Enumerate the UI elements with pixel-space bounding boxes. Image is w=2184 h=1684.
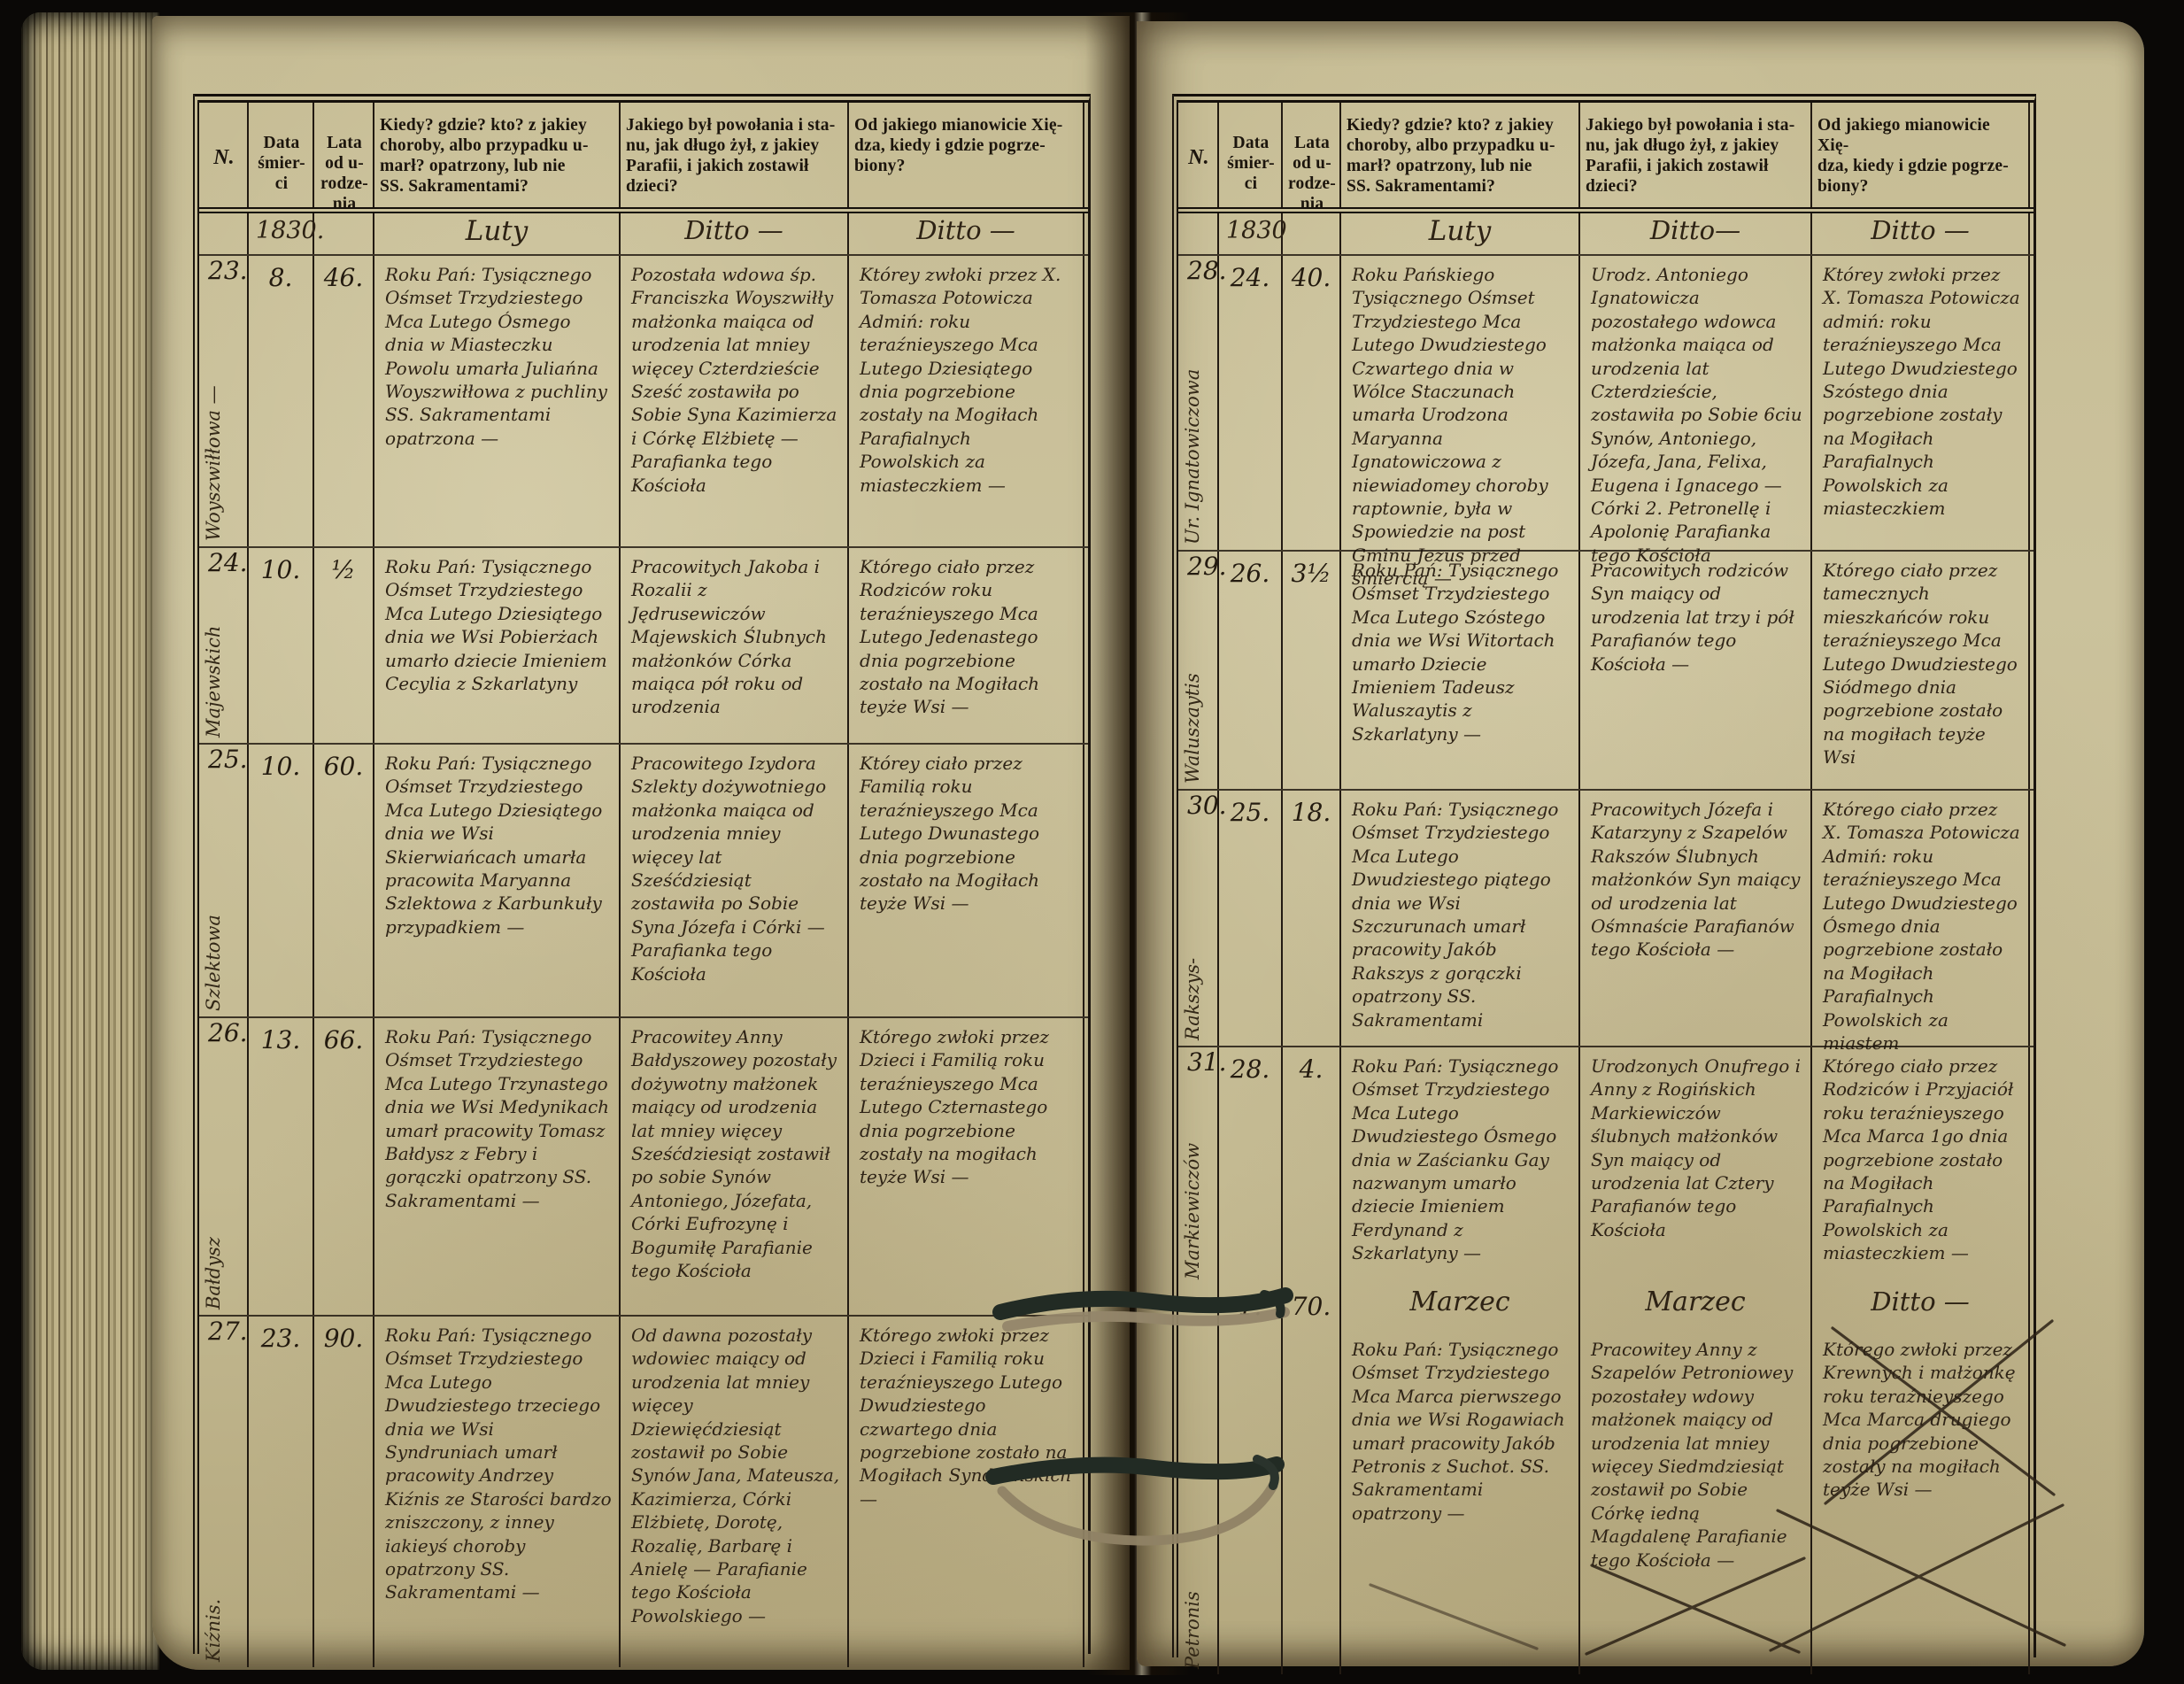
entry-circumstances-text: Roku Pań: Tysiącznego Ośmset Trzydzieste… [374,745,621,1016]
age-years: 18. [1283,791,1341,1046]
margin-surname: Kiźnis. [203,1364,224,1662]
entry-family-text: Pracowitey Anny z Szapelów Petroniowey p… [1580,1331,1812,1674]
entry-burial-text: Którego ciało przez X. Tomasza Potowicza… [1812,791,2030,1046]
entry-burial-text: Którego zwłoki przez Krewnych i małżonkę… [1812,1331,2030,1674]
entry-family-text: Pracowitych rodziców Syn maiący od urodz… [1580,552,1812,789]
margin-surname: Woyszwiłłowa — [203,304,224,541]
entry-burial-text: Którego ciało przez Rodziców i Przyjació… [1812,1047,2030,1285]
year-label: 1830. [249,213,314,254]
table-row: 25. Szlektowa 10. 60. Roku Pań: Tysiączn… [199,743,1088,1016]
age-years: 40. [1283,256,1341,550]
column-header-family: Jakiego był powołania i sta- nu, jak dłu… [621,103,849,207]
entry-number-cell: 28. Ur. Ignatowiczowa [1178,256,1219,550]
month-label: Marzec [1341,1285,1580,1331]
register-table-left: N. Data śmier- ci Lata od u- rodze- nia … [193,94,1091,1654]
month-label: Luty [374,213,621,254]
death-date: 25. [1219,791,1283,1046]
death-date: 26. [1219,552,1283,789]
entry-family-text: Pracowitey Anny Bałdyszowey pozostały do… [621,1018,849,1315]
entry-burial-text: Którego ciało przez tamecznych mieszkańc… [1812,552,2030,789]
age-years: 4. [1283,1047,1341,1285]
margin-surname: Bałdysz [203,1066,224,1309]
column-header-age: Lata od u- rodze- nia [1283,103,1341,207]
spacer-cell [1283,213,1341,254]
entry-burial-text: Którego ciało przez Rodziców roku teraźn… [849,548,1084,743]
entry-number: 23. [199,251,248,285]
month-label: Luty [1341,213,1580,254]
death-date: 8. [249,256,314,546]
spacer-cell [1178,213,1219,254]
column-header-circumstances: Kiedy? gdzie? kto? z jakiey choroby, alb… [1341,103,1580,207]
column-header-circumstances: Kiedy? gdzie? kto? z jakiey choroby, alb… [374,103,621,207]
table-row: Petronis Roku Pań: Tysiącznego Ośmset Tr… [1178,1331,2034,1674]
month-subheader-row: 1830 Luty Ditto— Ditto — [1178,207,2034,254]
entry-circumstances-text: Roku Pań: Tysiącznego Ośmset Trzydzieste… [1341,1331,1580,1674]
margin-surname: Rakszys- [1182,838,1203,1040]
entry-number-cell: 27. Kiźnis. [199,1317,249,1667]
ditto-label: Ditto — [1812,1285,2030,1331]
register-table-right: N. Data śmier- ci Lata od u- rodze- nia … [1172,94,2036,1657]
entry-number: 24. [199,543,248,577]
death-date: 10. [249,548,314,743]
entry-family-text: Urodzonych Onufrego i Anny z Rogińskich … [1580,1047,1812,1285]
death-date: 24. [1219,256,1283,550]
age-years: 70. [1283,1285,1341,1331]
entry-family-text: Pozostała wdowa śp. Franciszka Woyszwiłł… [621,256,849,546]
entry-number-cell: 24. Majewskich [199,548,249,743]
entry-circumstances-text: Roku Pańskiego Tysiącznego Ośmset Trzydz… [1341,256,1580,550]
age-years [1283,1331,1341,1674]
table-row: 30. Rakszys- 25. 18. Roku Pań: Tysiączne… [1178,789,2034,1046]
column-header-burial: Od jakiego mianowicie Xię- dza, kiedy i … [849,103,1084,207]
age-years: 66. [314,1018,374,1315]
ditto-label: Ditto — [849,213,1084,254]
entry-number-cell: 31. Markiewiczów [1178,1047,1219,1285]
death-date: 28. [1219,1047,1283,1285]
death-date: 23. [249,1317,314,1667]
last-entry: Petronis Roku Pań: Tysiącznego Ośmset Tr… [1178,1331,2034,1674]
month-label: Marzec [1580,1285,1812,1331]
table-row: 28. Ur. Ignatowiczowa 24. 40. Roku Pańsk… [1178,254,2034,550]
book-scan: N. Data śmier- ci Lata od u- rodze- nia … [0,0,2184,1684]
age-years: 60. [314,745,374,1016]
ditto-label: Ditto — [1812,213,2030,254]
entry-burial-text: Którego zwłoki przez Dzieci i Familią ro… [849,1018,1084,1315]
year-label: 1830 [1219,213,1283,254]
entry-circumstances-text: Roku Pań: Tysiącznego Ośmset Trzydzieste… [1341,552,1580,789]
ditto-label: Ditto — [621,213,849,254]
table-row: 23. Woyszwiłłowa — 8. 46. Roku Pań: Tysi… [199,254,1088,546]
death-date: 10. [249,745,314,1016]
entry-number [1178,1325,1187,1360]
entry-family-text: Pracowitych Józefa i Katarzyny z Szapeló… [1580,791,1812,1046]
entry-circumstances-text: Roku Pań: Tysiącznego Ośmset Trzydzieste… [374,548,621,743]
column-header-death-date: Data śmier- ci [249,103,314,207]
entry-circumstances-text: Roku Pań: Tysiącznego Ośmset Trzydzieste… [1341,791,1580,1046]
page-stack-edge [21,12,159,1670]
entry-circumstances-text: Roku Pań: Tysiącznego Ośmset Trzydzieste… [374,1317,621,1667]
right-entries: 28. Ur. Ignatowiczowa 24. 40. Roku Pańsk… [1178,254,2034,1285]
entry-family-text: Od dawna pozostały wdowiec maiący od uro… [621,1317,849,1667]
entry-number: 26. [199,1013,248,1047]
table-row: 24. Majewskich 10. ½ Roku Pań: Tysiączne… [199,546,1088,743]
entry-number: 27. [199,1311,248,1346]
entry-number-cell: 30. Rakszys- [1178,791,1219,1046]
right-page: 40. N. Data śmier- ci Lata od u- rodze- … [1137,21,2144,1666]
entry-circumstances-text: Roku Pań: Tysiącznego Ośmset Trzydzieste… [374,256,621,546]
entry-burial-text: Którey zwłoki przez X. Tomasza Potowicza… [849,256,1084,546]
column-header-death-date: Data śmier- ci [1219,103,1283,207]
entry-burial-text: Którego zwłoki przez Dzieci i Familią ro… [849,1317,1084,1667]
entry-family-text: Urodz. Antoniego Ignatowicza pozostałego… [1580,256,1812,550]
margin-surname: Ur. Ignatowiczowa [1182,304,1203,545]
entry-number-cell: 23. Woyszwiłłowa — [199,256,249,546]
spacer-cell [199,213,249,254]
age-years: ½ [314,548,374,743]
age-years: 46. [314,256,374,546]
ditto-label: Ditto— [1580,213,1812,254]
column-header-family: Jakiego był powołania i sta- nu, jak dłu… [1580,103,1812,207]
left-entries: 23. Woyszwiłłowa — 8. 46. Roku Pań: Tysi… [199,254,1088,1667]
table-row: 26. Bałdysz 13. 66. Roku Pań: Tysiączneg… [199,1016,1088,1315]
left-page: N. Data śmier- ci Lata od u- rodze- nia … [152,16,1130,1670]
death-date [1219,1331,1283,1674]
entry-circumstances-text: Roku Pań: Tysiącznego Ośmset Trzydzieste… [1341,1047,1580,1285]
column-header-age: Lata od u- rodze- nia [314,103,374,207]
margin-surname: Markiewiczów [1182,1095,1203,1279]
entry-number-cell: 25. Szlektowa [199,745,249,1016]
margin-surname: Szlektowa [203,792,224,1011]
marzec-subheader-row: 1. 70. Marzec Marzec Ditto — [1178,1285,2034,1331]
header-row: N. Data śmier- ci Lata od u- rodze- nia … [199,103,1088,207]
death-date: 1. [1219,1285,1283,1331]
column-header-n: N. [1178,103,1219,207]
entry-number-cell: 26. Bałdysz [199,1018,249,1315]
entry-burial-text: Którey ciało przez Familią roku teraźnie… [849,745,1084,1016]
entry-burial-text: Którey zwłoki przez X. Tomasza Potowicza… [1812,256,2030,550]
header-row: N. Data śmier- ci Lata od u- rodze- nia … [1178,103,2034,207]
age-years: 90. [314,1317,374,1667]
margin-surname: Petronis [1182,1379,1203,1669]
table-row: 29. Waluszaytis 26. 3½ Roku Pań: Tysiącz… [1178,550,2034,789]
entry-circumstances-text: Roku Pań: Tysiącznego Ośmset Trzydzieste… [374,1018,621,1315]
table-row: 31. Markiewiczów 28. 4. Roku Pań: Tysiąc… [1178,1046,2034,1285]
spacer-cell [314,213,374,254]
entry-number-cell: 29. Waluszaytis [1178,552,1219,789]
margin-surname: Majewskich [203,596,224,738]
table-row: 27. Kiźnis. 23. 90. Roku Pań: Tysiączneg… [199,1315,1088,1667]
entry-number-cell: Petronis [1178,1331,1219,1674]
column-header-burial: Od jakiego mianowicie Xię- dza, kiedy i … [1812,103,2030,207]
margin-surname: Waluszaytis [1182,599,1203,784]
entry-family-text: Pracowitego Izydora Szlekty dożywotniego… [621,745,849,1016]
column-header-n: N. [199,103,249,207]
age-years: 3½ [1283,552,1341,789]
death-date: 13. [249,1018,314,1315]
entry-family-text: Pracowitych Jakoba i Rozalii z Jędrusewi… [621,548,849,743]
entry-number: 25. [199,739,248,774]
spacer-cell [1178,1285,1219,1331]
month-subheader-row: 1830. Luty Ditto — Ditto — [199,207,1088,254]
